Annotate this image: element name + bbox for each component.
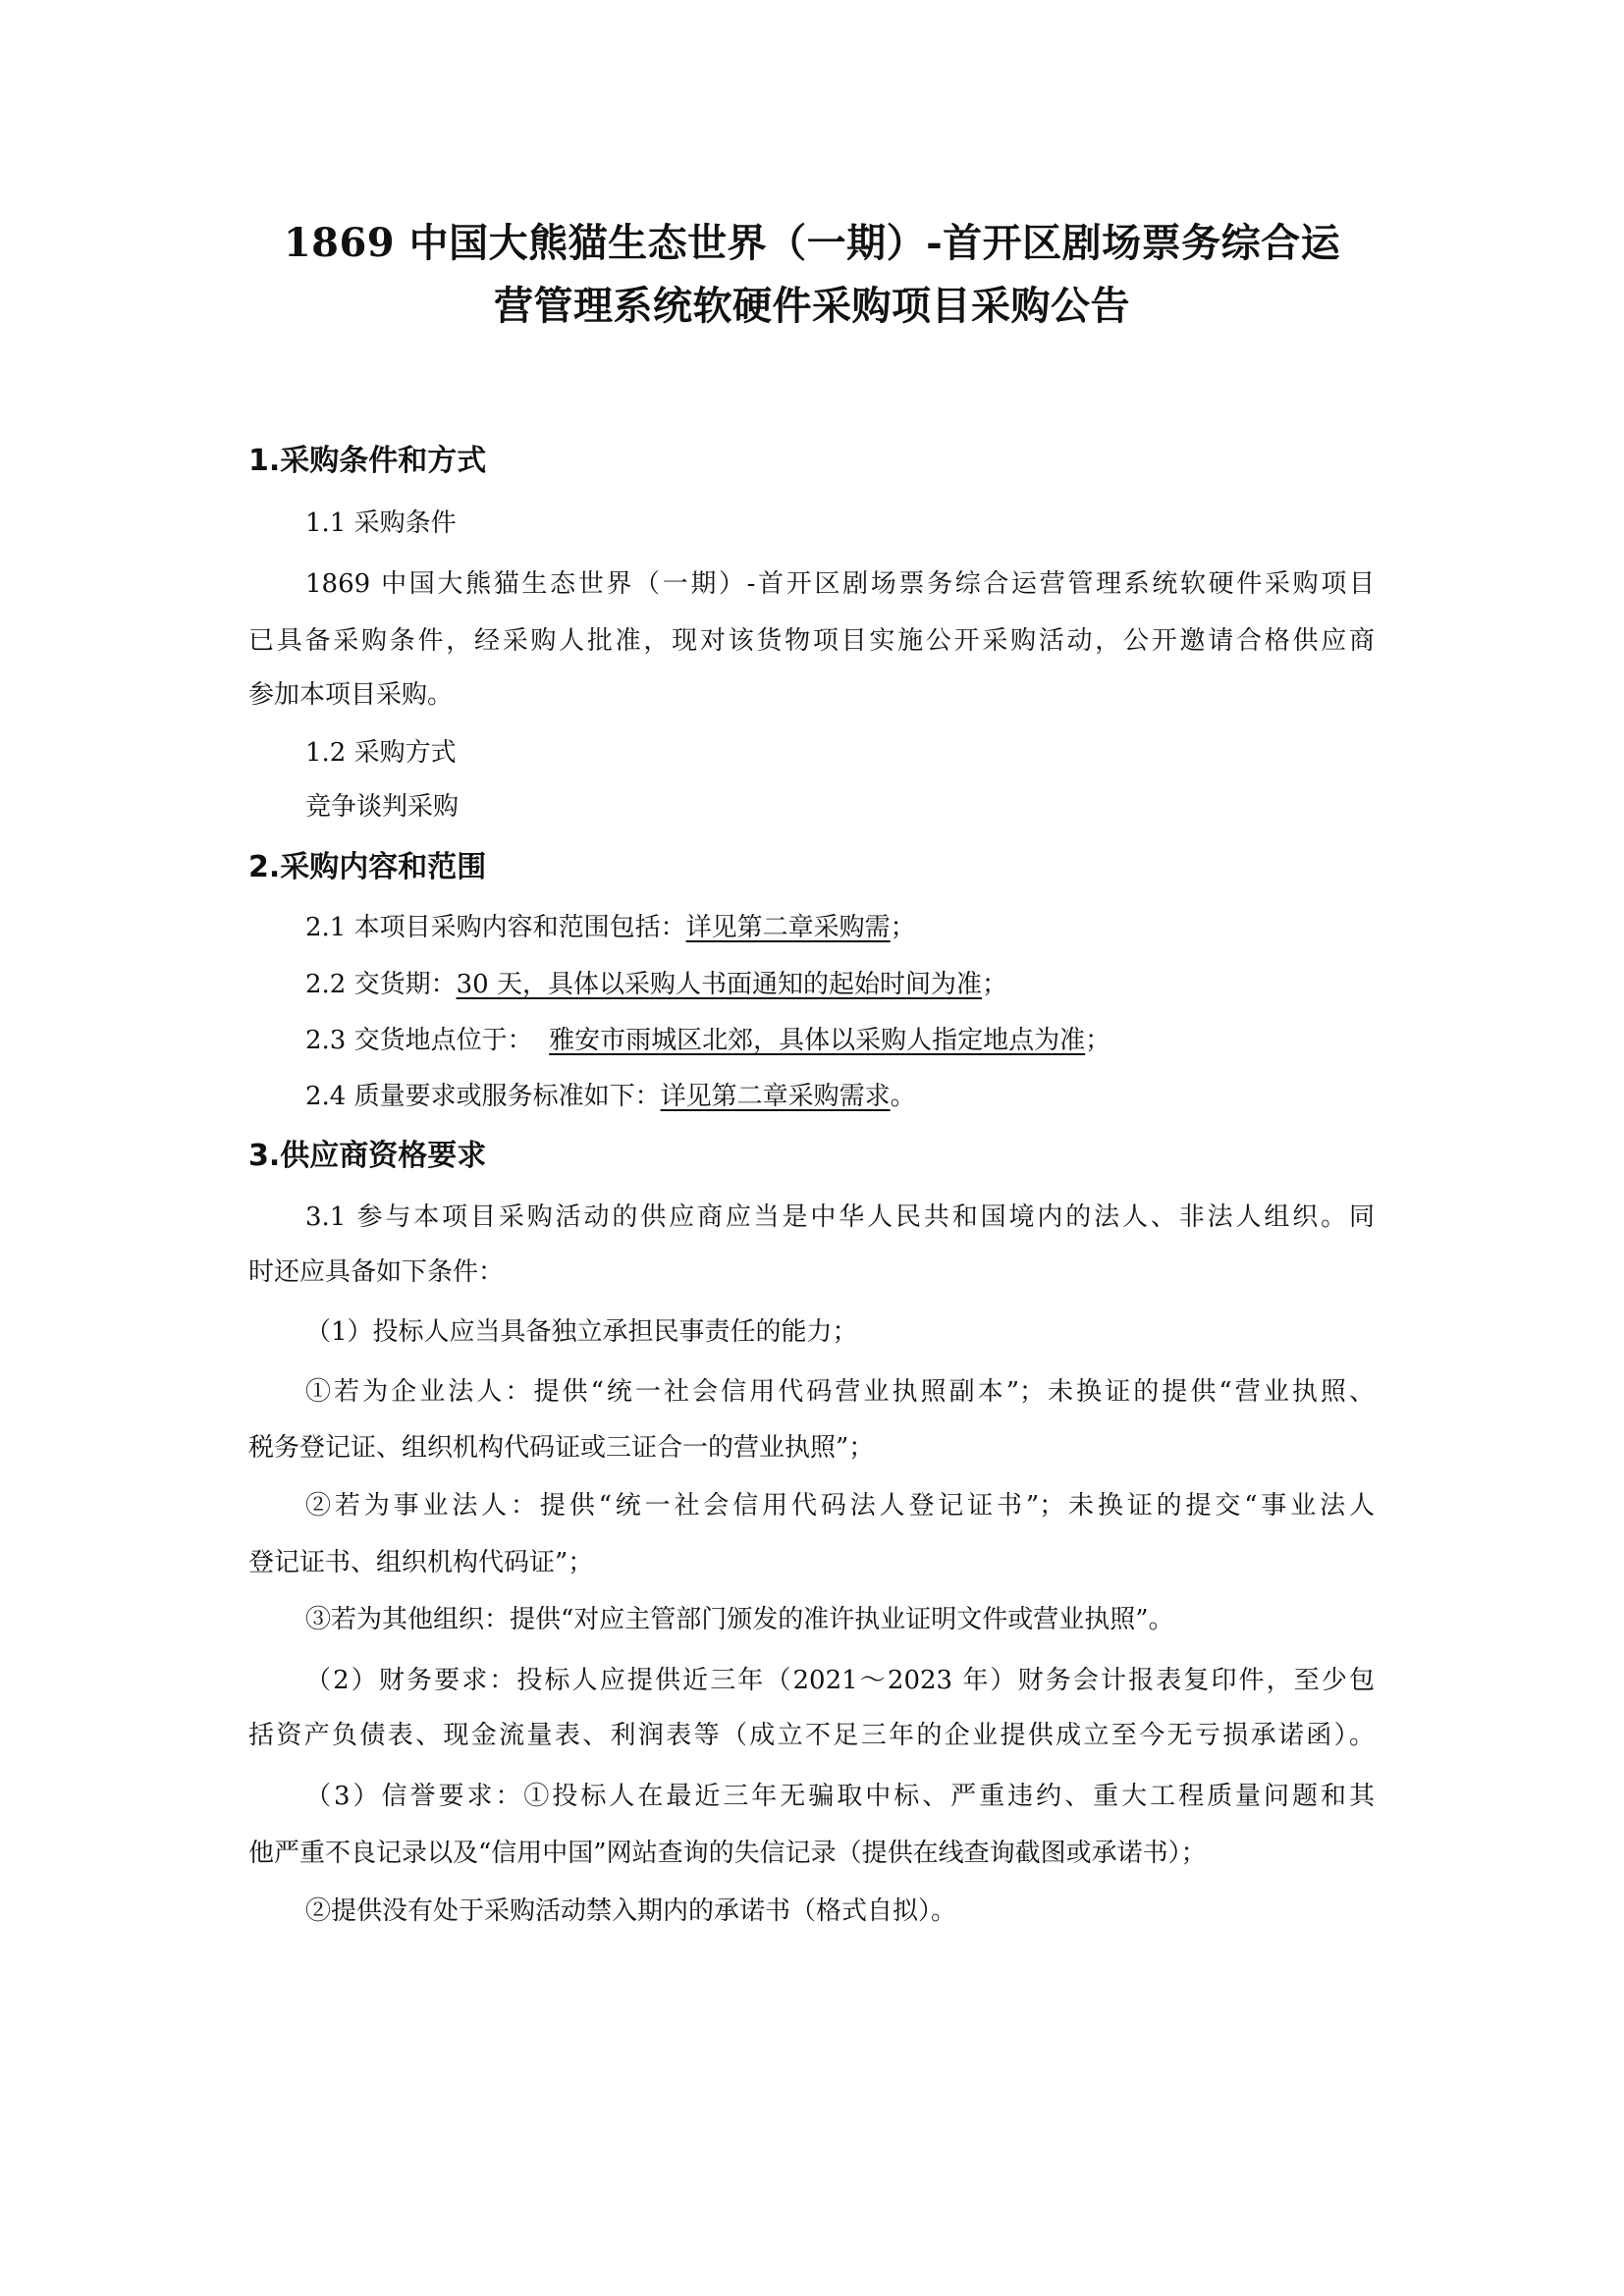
item-2-2-label: 2.2 交货期： (305, 970, 457, 999)
document-page: 1869 中国大熊猫生态世界（一期）-首开区剧场票务综合运 营管理系统软硬件采购… (0, 0, 1624, 2296)
item-2-2: 2.2 交货期：30 天，具体以采购人书面通知的起始时间为准； (305, 972, 1007, 997)
item-2-3-label: 2.3 交货地点位于： (305, 1026, 549, 1055)
paragraph-1-1-line-3: 参加本项目采购。 (248, 682, 453, 708)
requirement-1-c: ③若为其他组织：提供“对应主管部门颁发的准许执业证明文件或营业执照”。 (305, 1607, 1174, 1632)
paragraph-1-1-line-2: 已具备采购条件，经采购人批准，现对该货物项目实施公开采购活动，公开邀请合格供应商 (248, 628, 1375, 654)
item-2-4-value: 详见第二章采购需求 (661, 1082, 891, 1111)
item-2-2-value: 30 天，具体以采购人书面通知的起始时间为准 (457, 970, 982, 999)
item-2-3-value: 雅安市雨城区北郊，具体以采购人指定地点为准 (549, 1026, 1085, 1055)
subsection-1-2-label: 1.2 采购方式 (305, 740, 457, 766)
paragraph-1-1-line-1: 1869 中国大熊猫生态世界（一期）-首开区剧场票务综合运营管理系统软硬件采购项… (305, 571, 1375, 597)
paragraph-3-1-line-2: 时还应具备如下条件： (248, 1259, 504, 1285)
requirement-2-line-2: 括资产负债表、现金流量表、利润表等（成立不足三年的企业提供成立至今无亏损承诺函）… (248, 1723, 1375, 1748)
item-2-1: 2.1 本项目采购内容和范围包括：详见第二章采购需； (305, 915, 916, 940)
item-2-1-suffix: ； (891, 913, 916, 942)
section-heading-1: 1.采购条件和方式 (248, 447, 486, 476)
document-title-line-1: 1869 中国大熊猫生态世界（一期）-首开区剧场票务综合运 (0, 224, 1624, 263)
item-2-4-suffix: 。 (891, 1082, 916, 1111)
subsection-1-1-label: 1.1 采购条件 (305, 510, 457, 536)
item-2-1-label: 2.1 本项目采购内容和范围包括： (305, 913, 686, 942)
item-2-4: 2.4 质量要求或服务标准如下：详见第二章采购需求。 (305, 1084, 916, 1109)
item-2-1-value: 详见第二章采购需 (686, 913, 891, 942)
requirement-3-b: ②提供没有处于采购活动禁入期内的承诺书（格式自拟）。 (305, 1898, 956, 1924)
item-2-3: 2.3 交货地点位于： 雅安市雨城区北郊，具体以采购人指定地点为准； (305, 1028, 1110, 1053)
item-2-4-label: 2.4 质量要求或服务标准如下： (305, 1082, 661, 1111)
requirement-1: （1）投标人应当具备独立承担民事责任的能力； (305, 1319, 858, 1345)
section-heading-2: 2.采购内容和范围 (248, 853, 486, 882)
requirement-3-line-2: 他严重不良记录以及“信用中国”网站查询的失信记录（提供在线查询截图或承诺书）； (248, 1841, 1207, 1866)
document-title-line-2: 营管理系统软硬件采购项目采购公告 (0, 287, 1624, 326)
item-2-2-suffix: ； (982, 970, 1007, 999)
paragraph-3-1-line-1: 3.1 参与本项目采购活动的供应商应当是中华人民共和国境内的法人、非法人组织。同 (305, 1204, 1375, 1230)
requirement-1-b-line-1: ②若为事业法人：提供“统一社会信用代码法人登记证书”；未换证的提交“事业法人 (305, 1493, 1375, 1519)
requirement-3-line-1: （3）信誉要求：①投标人在最近三年无骗取中标、严重违约、重大工程质量问题和其 (305, 1784, 1375, 1809)
procurement-method-value: 竞争谈判采购 (305, 794, 459, 820)
item-2-3-suffix: ； (1085, 1026, 1110, 1055)
requirement-1-b-line-2: 登记证书、组织机构代码证”； (248, 1550, 593, 1575)
requirement-2-line-1: （2）财务要求：投标人应提供近三年（2021～2023 年）财务会计报表复印件，… (305, 1668, 1375, 1693)
section-heading-3: 3.供应商资格要求 (248, 1142, 486, 1171)
requirement-1-a-line-1: ①若为企业法人：提供“统一社会信用代码营业执照副本”；未换证的提供“营业执照、 (305, 1379, 1375, 1405)
requirement-1-a-line-2: 税务登记证、组织机构代码证或三证合一的营业执照”； (248, 1435, 874, 1461)
